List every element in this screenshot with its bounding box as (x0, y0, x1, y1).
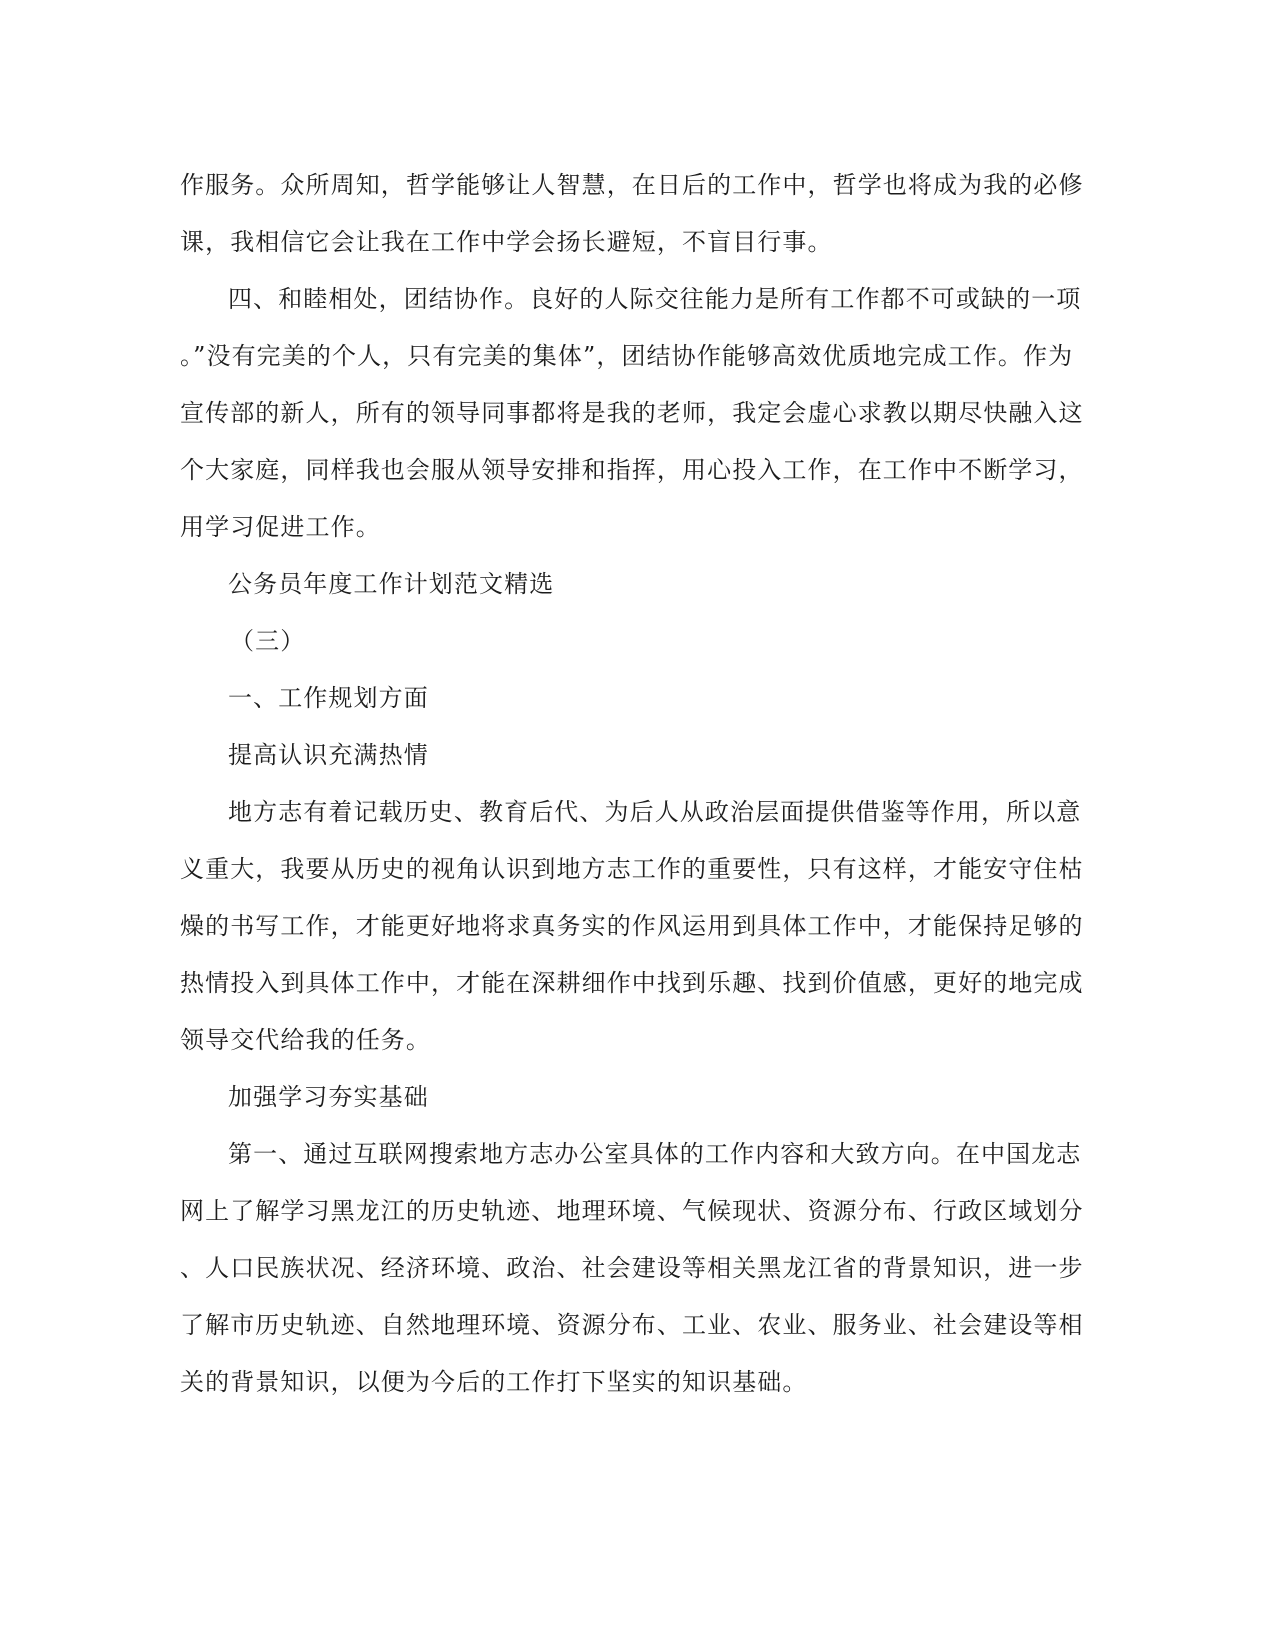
paragraph-line: 领导交代给我的任务。 (180, 1025, 1040, 1055)
paragraph-line: 地方志有着记载历史、教育后代、为后人从政治层面提供借鉴等作用，所以意 (228, 797, 1088, 827)
document-title: 公务员年度工作计划范文精选 (228, 569, 1088, 599)
section-four-paragraph: 四、和睦相处，团结协作。良好的人际交往能力是所有工作都不可或缺的一项 (228, 284, 1088, 314)
paragraph-line: 。”没有完美的个人，只有完美的集体”，团结协作能够高效优质地完成工作。作为 (180, 341, 1040, 371)
document-page: 作服务。众所周知，哲学能够让人智慧，在日后的工作中，哲学也将成为我的必修 课，我… (0, 0, 1275, 1650)
paragraph-line: 用学习促进工作。 (180, 512, 1040, 542)
paragraph-line: 网上了解学习黑龙江的历史轨迹、地理环境、气候现状、资源分布、行政区域划分 (180, 1196, 1040, 1226)
part-number-heading: （三） (230, 626, 1090, 656)
paragraph-line: 课，我相信它会让我在工作中学会扬长避短，不盲目行事。 (180, 227, 1040, 257)
section-heading-work-planning: 一、工作规划方面 (228, 683, 1088, 713)
subheading-strengthen-learning: 加强学习夯实基础 (228, 1082, 1088, 1112)
paragraph-line: 燥的书写工作，才能更好地将求真务实的作风运用到具体工作中，才能保持足够的 (180, 911, 1040, 941)
paragraph-line: 宣传部的新人，所有的领导同事都将是我的老师，我定会虚心求教以期尽快融入这 (180, 398, 1040, 428)
paragraph-line: 了解市历史轨迹、自然地理环境、资源分布、工业、农业、服务业、社会建设等相 (180, 1310, 1040, 1340)
paragraph-line: 第一、通过互联网搜索地方志办公室具体的工作内容和大致方向。在中国龙志 (228, 1139, 1088, 1169)
paragraph-line: 作服务。众所周知，哲学能够让人智慧，在日后的工作中，哲学也将成为我的必修 (180, 170, 1040, 200)
paragraph-line: 义重大，我要从历史的视角认识到地方志工作的重要性，只有这样，才能安守住枯 (180, 854, 1040, 884)
subheading-raise-awareness: 提高认识充满热情 (228, 740, 1088, 770)
paragraph-line: 个大家庭，同样我也会服从领导安排和指挥，用心投入工作，在工作中不断学习， (180, 455, 1040, 485)
paragraph-line: 关的背景知识，以便为今后的工作打下坚实的知识基础。 (180, 1367, 1040, 1397)
paragraph-line: 热情投入到具体工作中，才能在深耕细作中找到乐趣、找到价值感，更好的地完成 (180, 968, 1040, 998)
paragraph-line: 、人口民族状况、经济环境、政治、社会建设等相关黑龙江省的背景知识，进一步 (180, 1253, 1040, 1283)
